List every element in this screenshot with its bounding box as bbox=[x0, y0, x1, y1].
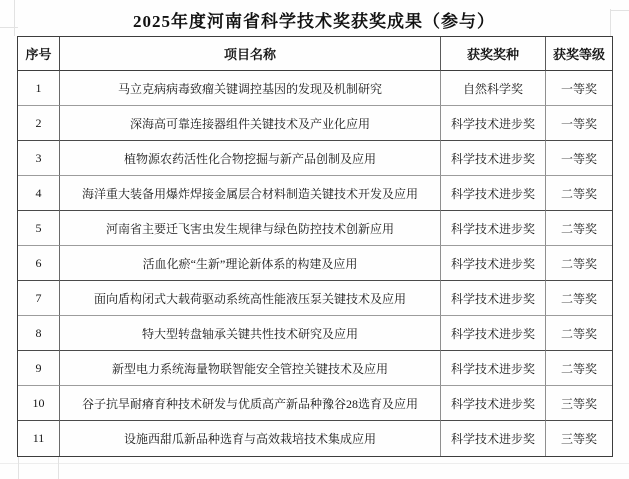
award-type-cell: 科学技术进步奖 bbox=[440, 106, 545, 141]
award-grade-cell: 三等奖 bbox=[545, 421, 612, 456]
award-type-cell: 科学技术进步奖 bbox=[440, 316, 545, 351]
header-row: 序号 项目名称 获奖奖种 获奖等级 bbox=[18, 37, 612, 71]
award-grade-cell: 二等奖 bbox=[545, 316, 612, 351]
header-serial: 序号 bbox=[18, 37, 59, 71]
serial-cell: 5 bbox=[18, 211, 59, 246]
table-title: 2025年度河南省科学技术奖获奖成果（参与） bbox=[18, 7, 610, 32]
project-name-cell: 谷子抗旱耐瘠育种技术研发与优质高产新品种豫谷28选育及应用 bbox=[59, 386, 440, 421]
award-grade-cell: 二等奖 bbox=[545, 281, 612, 316]
header-award-type: 获奖奖种 bbox=[440, 37, 545, 71]
background-gridline bbox=[58, 457, 59, 479]
table-row: 9新型电力系统海量物联智能安全管控关键技术及应用科学技术进步奖二等奖 bbox=[18, 351, 612, 386]
award-grade-cell: 三等奖 bbox=[545, 386, 612, 421]
table-body: 1马立克病病毒致瘤关键调控基因的发现及机制研究自然科学奖一等奖2深海高可靠连接器… bbox=[18, 71, 612, 456]
project-name-cell: 深海高可靠连接器组件关键技术及产业化应用 bbox=[59, 106, 440, 141]
project-name-cell: 活血化瘀“生新”理论新体系的构建及应用 bbox=[59, 246, 440, 281]
award-grade-cell: 二等奖 bbox=[545, 211, 612, 246]
table-row: 8特大型转盘轴承关键共性技术研究及应用科学技术进步奖二等奖 bbox=[18, 316, 612, 351]
serial-cell: 8 bbox=[18, 316, 59, 351]
background-gridline bbox=[0, 27, 18, 28]
spreadsheet-canvas: 2025年度河南省科学技术奖获奖成果（参与） 序号 项目名称 获奖奖种 获奖等级… bbox=[0, 0, 629, 479]
serial-cell: 11 bbox=[18, 421, 59, 456]
project-name-cell: 马立克病病毒致瘤关键调控基因的发现及机制研究 bbox=[59, 71, 440, 106]
award-type-cell: 科学技术进步奖 bbox=[440, 281, 545, 316]
table-row: 7面向盾构闭式大载荷驱动系统高性能液压泵关键技术及应用科学技术进步奖二等奖 bbox=[18, 281, 612, 316]
table-row: 2深海高可靠连接器组件关键技术及产业化应用科学技术进步奖一等奖 bbox=[18, 106, 612, 141]
project-name-cell: 河南省主要迁飞害虫发生规律与绿色防控技术创新应用 bbox=[59, 211, 440, 246]
table-row: 11设施西甜瓜新品种选育与高效栽培技术集成应用科学技术进步奖三等奖 bbox=[18, 421, 612, 456]
project-name-cell: 植物源农药活性化合物挖掘与新产品创制及应用 bbox=[59, 141, 440, 176]
table-row: 1马立克病病毒致瘤关键调控基因的发现及机制研究自然科学奖一等奖 bbox=[18, 71, 612, 106]
serial-cell: 2 bbox=[18, 106, 59, 141]
award-grade-cell: 一等奖 bbox=[545, 71, 612, 106]
header-award-grade: 获奖等级 bbox=[545, 37, 612, 71]
serial-cell: 4 bbox=[18, 176, 59, 211]
award-grade-cell: 二等奖 bbox=[545, 351, 612, 386]
project-name-cell: 新型电力系统海量物联智能安全管控关键技术及应用 bbox=[59, 351, 440, 386]
award-grade-cell: 一等奖 bbox=[545, 106, 612, 141]
serial-cell: 10 bbox=[18, 386, 59, 421]
background-gridline bbox=[18, 457, 19, 479]
project-name-cell: 特大型转盘轴承关键共性技术研究及应用 bbox=[59, 316, 440, 351]
award-grade-cell: 一等奖 bbox=[545, 141, 612, 176]
award-type-cell: 科学技术进步奖 bbox=[440, 351, 545, 386]
serial-cell: 1 bbox=[18, 71, 59, 106]
awards-table: 序号 项目名称 获奖奖种 获奖等级 1马立克病病毒致瘤关键调控基因的发现及机制研… bbox=[17, 36, 613, 457]
project-name-cell: 面向盾构闭式大载荷驱动系统高性能液压泵关键技术及应用 bbox=[59, 281, 440, 316]
project-name-cell: 海洋重大装备用爆炸焊接金属层合材料制造关键技术开发及应用 bbox=[59, 176, 440, 211]
award-type-cell: 科学技术进步奖 bbox=[440, 211, 545, 246]
background-gridline bbox=[14, 0, 15, 36]
serial-cell: 9 bbox=[18, 351, 59, 386]
award-type-cell: 科学技术进步奖 bbox=[440, 176, 545, 211]
table-row: 5河南省主要迁飞害虫发生规律与绿色防控技术创新应用科学技术进步奖二等奖 bbox=[18, 211, 612, 246]
serial-cell: 6 bbox=[18, 246, 59, 281]
header-project: 项目名称 bbox=[59, 37, 440, 71]
background-gridline bbox=[0, 463, 629, 464]
award-type-cell: 科学技术进步奖 bbox=[440, 141, 545, 176]
background-gridline bbox=[610, 9, 611, 36]
serial-cell: 7 bbox=[18, 281, 59, 316]
background-gridline bbox=[610, 10, 629, 11]
award-type-cell: 科学技术进步奖 bbox=[440, 421, 545, 456]
serial-cell: 3 bbox=[18, 141, 59, 176]
table-row: 10谷子抗旱耐瘠育种技术研发与优质高产新品种豫谷28选育及应用科学技术进步奖三等… bbox=[18, 386, 612, 421]
table-row: 6活血化瘀“生新”理论新体系的构建及应用科学技术进步奖二等奖 bbox=[18, 246, 612, 281]
award-type-cell: 科学技术进步奖 bbox=[440, 386, 545, 421]
project-name-cell: 设施西甜瓜新品种选育与高效栽培技术集成应用 bbox=[59, 421, 440, 456]
award-grade-cell: 二等奖 bbox=[545, 176, 612, 211]
award-type-cell: 科学技术进步奖 bbox=[440, 246, 545, 281]
award-type-cell: 自然科学奖 bbox=[440, 71, 545, 106]
table-row: 4海洋重大装备用爆炸焊接金属层合材料制造关键技术开发及应用科学技术进步奖二等奖 bbox=[18, 176, 612, 211]
award-grade-cell: 二等奖 bbox=[545, 246, 612, 281]
table-row: 3植物源农药活性化合物挖掘与新产品创制及应用科学技术进步奖一等奖 bbox=[18, 141, 612, 176]
